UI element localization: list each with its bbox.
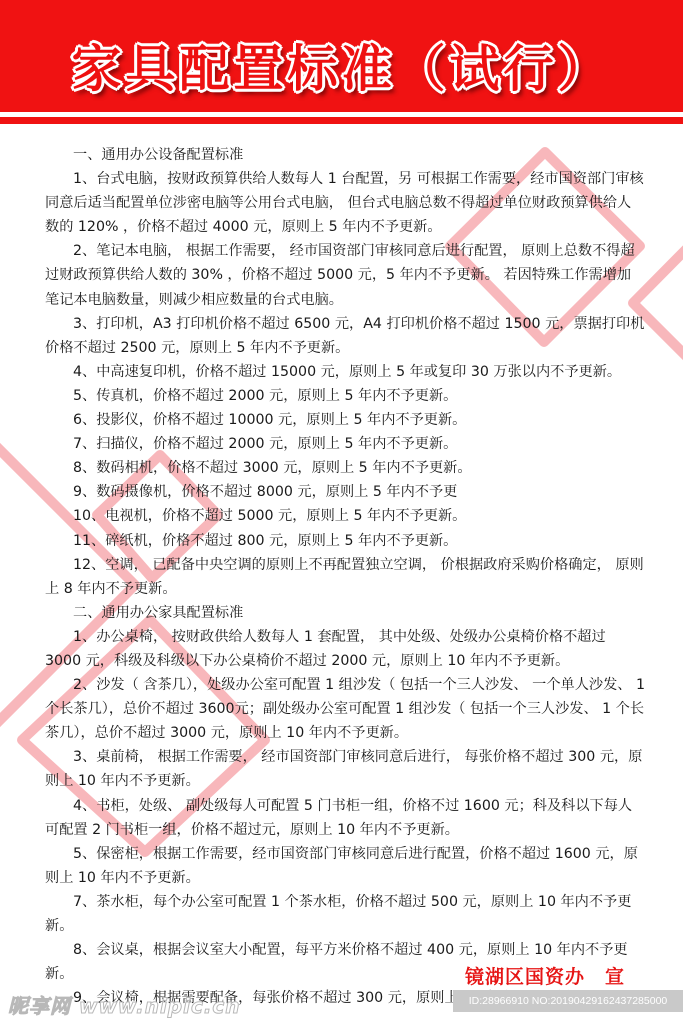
list-item: 6、投影仪，价格不超过 10000 元，原则上 5 年内不予更新。 (45, 408, 645, 432)
document-body: 一、通用办公设备配置标准 1、台式电脑，按财政预算供给人数每人 1 台配置，另 … (45, 143, 645, 1010)
list-item: 2、沙发（ 含茶几），处级办公室可配置 1 组沙发（ 包括一个三人沙发、 一个单… (45, 673, 645, 745)
section-heading: 二、通用办公家具配置标准 (45, 601, 645, 625)
page-title: 家具配置标准（试行） (0, 34, 683, 104)
list-item: 12、空调， 已配备中央空调的原则上不再配置独立空调， 价根据政府采购价格确定，… (45, 553, 645, 601)
issuer-signature: 镜湖区国资办 宣 (465, 962, 625, 989)
list-item: 11、碎纸机，价格不超过 800 元，原则上 5 年内不予更新。 (45, 529, 645, 553)
list-item: 4、书柜，处级、 副处级每人可配置 5 门书柜一组，价格不过 1600 元；科及… (45, 794, 645, 842)
image-id-strip: ID:28966910 NO:20190429162437285000 (453, 990, 683, 1012)
list-item: 3、打印机，A3 打印机价格不超过 6500 元，A4 打印机价格不超过 150… (45, 312, 645, 360)
site-watermark: 昵享网 www.nipic.cn (8, 990, 241, 1019)
list-item: 7、茶水柜，每个办公室可配置 1 个茶水柜，价格不超过 500 元，原则上 10… (45, 890, 645, 938)
list-item: 1、台式电脑，按财政预算供给人数每人 1 台配置，另 可根据工作需要，经市国资部… (45, 167, 645, 239)
header-divider-red (0, 117, 683, 124)
list-item: 7、扫描仪，价格不超过 2000 元，原则上 5 年内不予更新。 (45, 432, 645, 456)
list-item: 3、桌前椅， 根据工作需要， 经市国资部门审核同意后进行， 每张价格不超过 30… (45, 745, 645, 793)
list-item: 5、传真机，价格不超过 2000 元，原则上 5 年内不予更新。 (45, 384, 645, 408)
list-item: 5、保密柜，根据工作需要，经市国资部门审核同意后进行配置，价格不超过 1600 … (45, 842, 645, 890)
section-heading: 一、通用办公设备配置标准 (45, 143, 645, 167)
list-item: 9、数码摄像机，价格不超过 8000 元，原则上 5 年内不予更 (45, 480, 645, 504)
list-item: 10、电视机，价格不超过 5000 元，原则上 5 年内不予更新。 (45, 504, 645, 528)
list-item: 4、中高速复印机，价格不超过 15000 元，原则上 5 年或复印 30 万张以… (45, 360, 645, 384)
list-item: 1、办公桌椅， 按财政供给人数每人 1 套配置， 其中处级、处级办公桌椅价格不超… (45, 625, 645, 673)
list-item: 2、笔记本电脑， 根据工作需要， 经市国资部门审核同意后进行配置， 原则上总数不… (45, 239, 645, 311)
list-item: 8、数码相机，价格不超过 3000 元，原则上 5 年内不予更新。 (45, 456, 645, 480)
